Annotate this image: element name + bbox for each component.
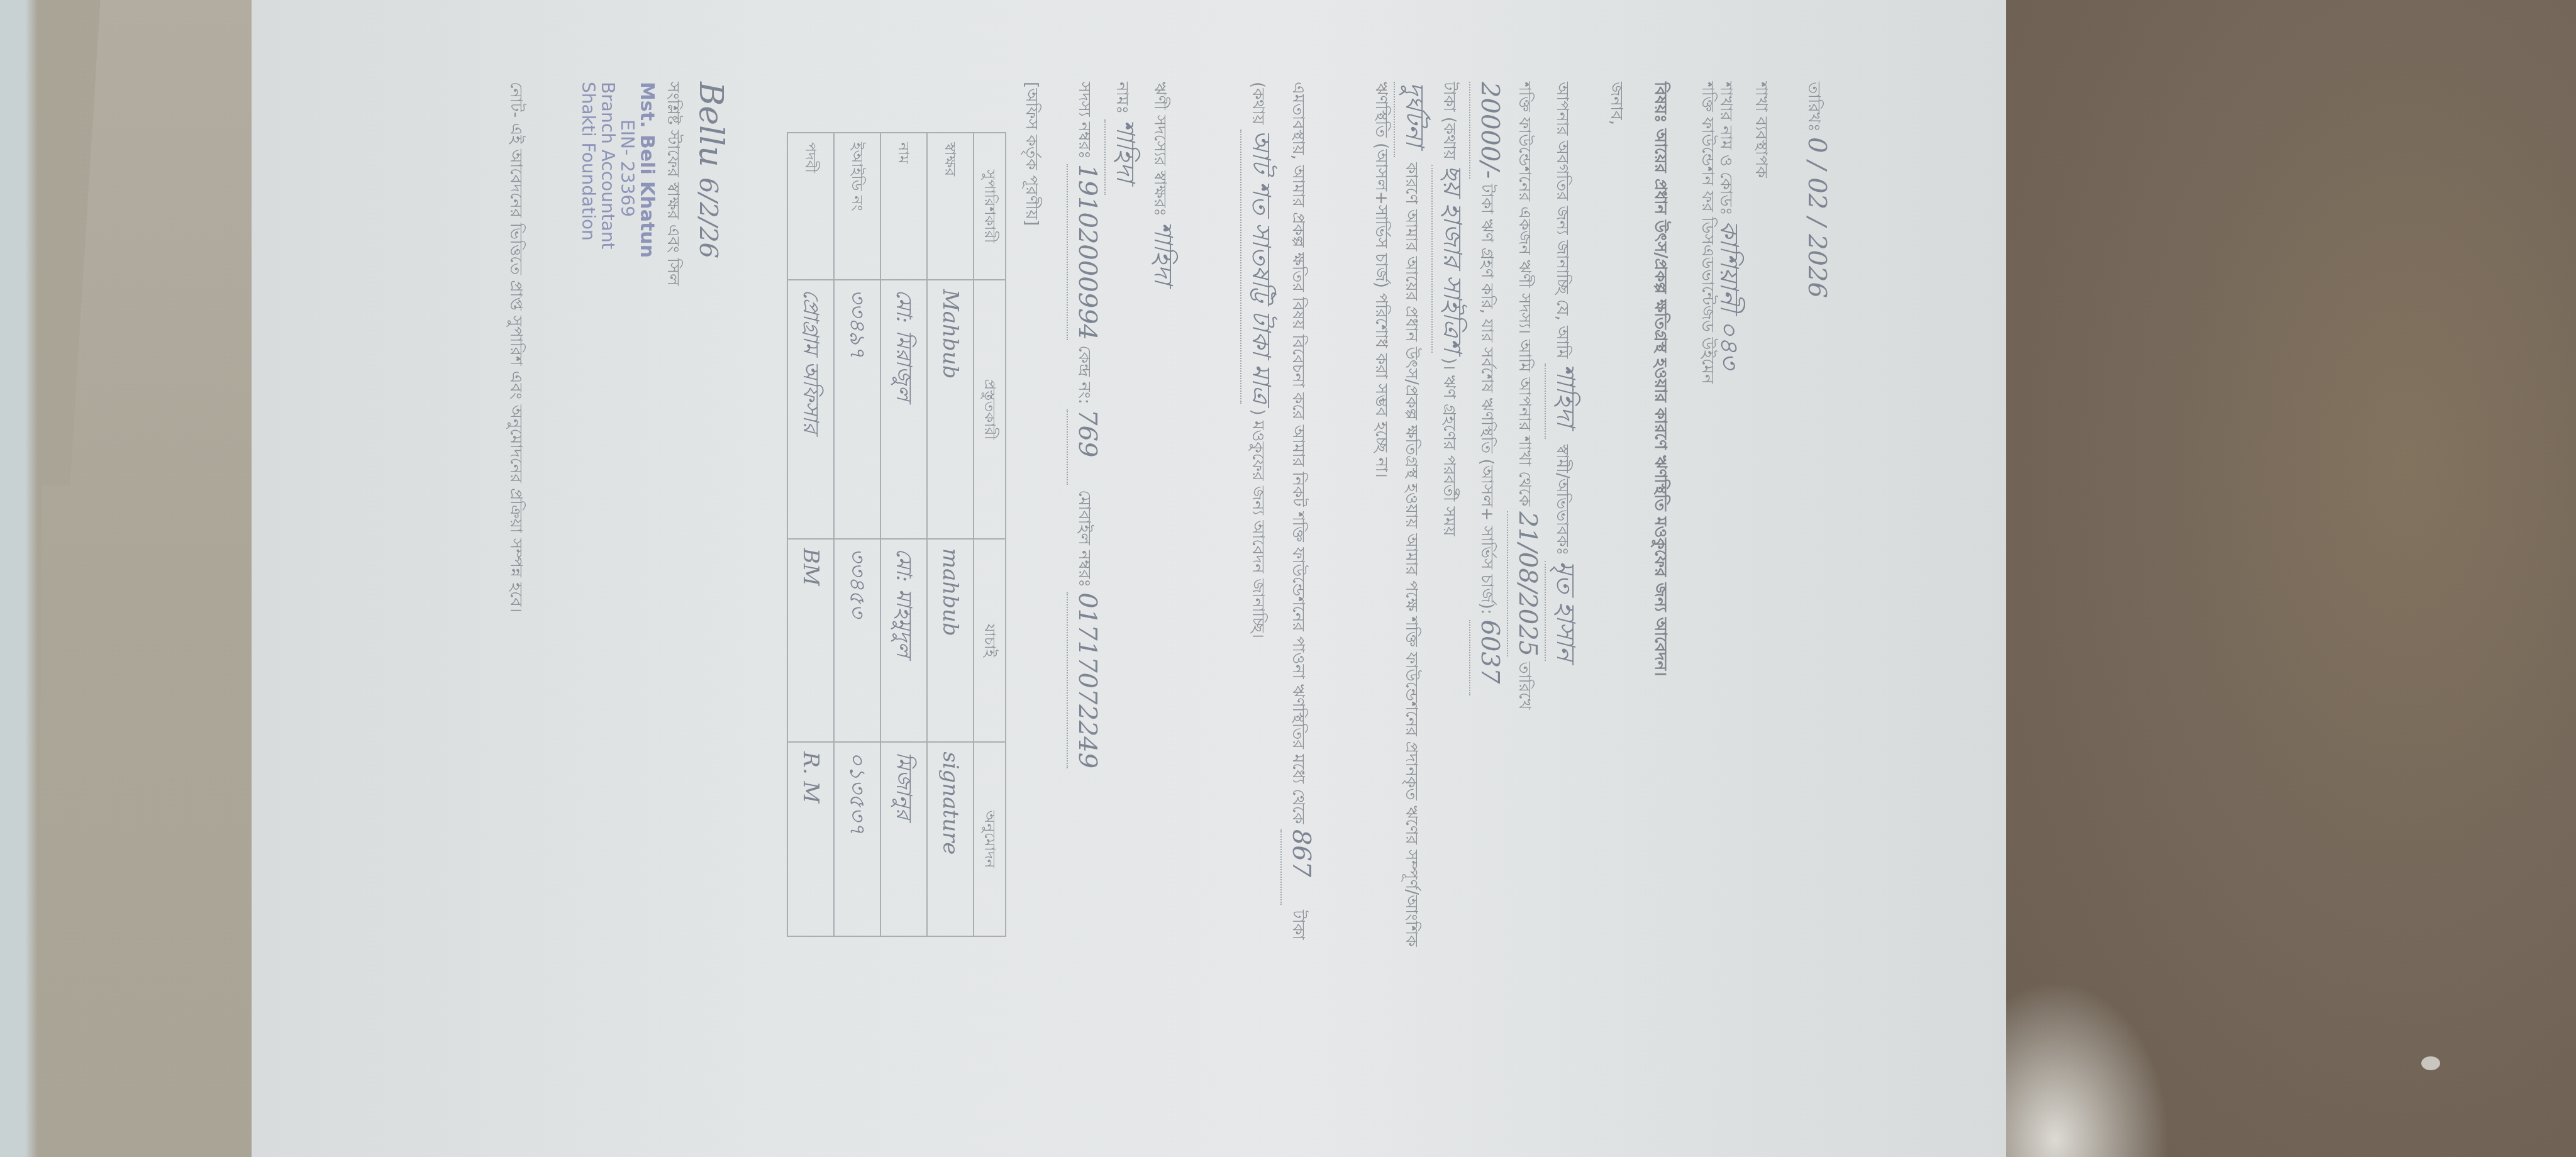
table-cell: মো: মাহমুদুল: [880, 539, 927, 742]
borrower-signature-line: ঋণী সদস্যের স্বাক্ষরঃ শাহিদা: [1143, 82, 1182, 285]
table-row: পদবী প্রোগ্রাম অফিসার BM R. M: [787, 133, 834, 936]
table-row: ইআইডি নং ৩৩৪৯৭ ৩৩৪৫৩ ০১৩৫৩৭: [834, 133, 880, 936]
stamp-name: Mst. Beli Khatun: [636, 82, 657, 258]
table-header: অনুমোদন: [974, 742, 1006, 936]
mobile-label: মোবাইল নম্বরঃ: [1075, 490, 1094, 587]
footer-note: নোট- এই আবেদনের ভিত্তিতে প্রাপ্ত সুপারিশ…: [503, 82, 528, 612]
stamp-ein: EIN- 23369: [617, 82, 636, 258]
center-no-value: 769: [1067, 409, 1107, 485]
borrower-name-label: নামঃ: [1113, 82, 1131, 114]
stamp-title: Branch Accountant: [597, 82, 617, 258]
balance-words-field: ছয় হাজার সাইত্রিশ: [1431, 165, 1472, 353]
row-label: স্বাক্ষর: [927, 133, 974, 280]
borrower-ids-line: সদস্য নম্বরঃ 19102000994 কেন্দ্র নং: 769…: [1067, 82, 1107, 768]
verification-table: সুপারিশকারী প্রস্তুতকারী যাচাই অনুমোদন স…: [787, 132, 1006, 937]
loan-amount-field: 20000/-: [1469, 82, 1509, 179]
staff-signature-date: 6/2/26: [694, 177, 723, 258]
date-label: তারিখঃ: [1804, 82, 1823, 132]
table-cell: Mahbub: [927, 280, 974, 539]
stamp-org: Shakti Foundation: [579, 82, 598, 258]
staff-signature-caption: সংশ্লিষ্ট স্টাফের স্বাক্ষর এবং সিল: [660, 82, 686, 285]
table-header: যাচাই: [974, 539, 1006, 742]
table-header-row: সুপারিশকারী প্রস্তুতকারী যাচাই অনুমোদন: [974, 133, 1006, 936]
staff-signature-text: Bellu: [692, 82, 730, 167]
mobile-value: 01717072249: [1067, 592, 1107, 768]
center-no-label: কেন্দ্র নং:: [1075, 345, 1094, 404]
para2: এমতাবস্থায়, আমার প্রকল্প ক্ষতির বিষয় ব…: [1240, 82, 1321, 987]
balance-field: 6037: [1469, 620, 1509, 695]
para1-line2: শক্তি ফাউন্ডেশনের একজন ঋণী সদস্য। আমি আপ…: [1507, 82, 1547, 710]
table-header: সুপারিশকারী: [974, 133, 1006, 280]
guardian-name-field: মৃত হাসান: [1545, 561, 1585, 661]
applicant-name-field: শাহিদা: [1545, 363, 1585, 439]
table-cell: প্রোগ্রাম অফিসার: [787, 280, 834, 539]
borrower-signature-label: ঋণী সদস্যের স্বাক্ষরঃ: [1150, 82, 1169, 216]
table-cell: R. M: [787, 742, 834, 936]
salutation: জনাব,: [1604, 82, 1629, 125]
date-line: তারিখঃ 0 / 02 / 2026: [1797, 82, 1836, 298]
para1-line4: টাকা (কথায় ছয় হাজার সাইত্রিশ )। ঋণ গ্র…: [1431, 82, 1472, 536]
table-cell: ৩৩৪৫৩: [834, 539, 880, 742]
addressee-line-3: শক্তি ফাউন্ডেশন ফর ডিসএডভান্টেজড উইমেন: [1695, 82, 1720, 384]
table-row: স্বাক্ষর Mahbub mahbub signature: [927, 133, 974, 936]
table-cell: মো: মিরাজুল: [880, 280, 927, 539]
application-form: তারিখঃ 0 / 02 / 2026 শাখা ব্যবস্থাপক শাখ…: [289, 82, 1862, 1063]
para1-guardian-label: স্বামী/অভিভাবকঃ: [1553, 445, 1572, 556]
borrower-signature: শাহিদা: [1148, 221, 1177, 284]
loan-date-field: 21/08/2025: [1507, 511, 1547, 656]
table-header: প্রস্তুতকারী: [974, 280, 1006, 539]
date-value: 0 / 02 / 2026: [1802, 137, 1831, 298]
waiver-words-field: আট শত সাতষট্টি টাকা মাত্র: [1240, 130, 1280, 404]
row-label: নাম: [880, 133, 927, 280]
reason-field: দুর্ঘটনা: [1394, 82, 1434, 157]
table-cell: BM: [787, 539, 834, 742]
addressee-line-1: শাখা ব্যবস্থাপক: [1748, 82, 1774, 178]
borrower-name-value: শাহিদা: [1104, 119, 1145, 195]
member-no-value: 19102000994: [1067, 164, 1107, 340]
subject-line: বিষয়ঃ আয়ের প্রধান উৎস/প্রকল্প ক্ষতিগ্র…: [1648, 82, 1673, 677]
official-stamp: Mst. Beli Khatun EIN- 23369 Branch Accou…: [579, 82, 657, 258]
table-cell: ০১৩৫৩৭: [834, 742, 880, 936]
table-cell: মিজানুর: [880, 742, 927, 936]
table-cell: signature: [927, 742, 974, 936]
staff-signature: Bellu 6/2/26: [685, 82, 736, 258]
para2-text-c: ) মওকুফের জন্য আবেদন জানাচ্ছি।: [1248, 409, 1267, 639]
dust-speck: [2421, 1056, 2440, 1070]
para1-line3: 20000/- টাকা ঋণ গ্রহণ করি, যার সর্বশেষ ঋ…: [1469, 82, 1509, 695]
row-label: ইআইডি নং: [834, 133, 880, 280]
para1-text-f: )। ঋণ গ্রহণের পরবর্তী সময়: [1440, 358, 1458, 536]
row-label: পদবী: [787, 133, 834, 280]
para2-text-a: এমতাবস্থায়, আমার প্রকল্প ক্ষতির বিষয় ব…: [1289, 82, 1307, 824]
waiver-amount-field: 867: [1280, 829, 1321, 905]
para1-line5: দুর্ঘটনা কারণে আমার আয়ের প্রধান উৎস/প্র…: [1368, 82, 1434, 987]
light-glare: [2006, 981, 2170, 1157]
para1-intro: আপনার অবগতির জন্য জানাচ্ছি যে, আমি: [1553, 82, 1572, 358]
para1-text-b: শক্তি ফাউন্ডেশনের একজন ঋণী সদস্য। আমি আপ…: [1515, 82, 1534, 506]
office-use-label: [অফিস কর্তৃক পূরণীয়]: [1019, 82, 1044, 226]
desk-background-left: [19, 0, 252, 1157]
para1-text-c: তারিখে: [1515, 662, 1534, 709]
para1-line1: আপনার অবগতির জন্য জানাচ্ছি যে, আমি শাহিদ…: [1545, 82, 1585, 661]
member-no-label: সদস্য নম্বরঃ: [1075, 82, 1094, 159]
table-cell: mahbub: [927, 539, 974, 742]
para1-text-e: টাকা (কথায়: [1440, 82, 1458, 160]
para1-text-d: টাকা ঋণ গ্রহণ করি, যার সর্বশেষ ঋণস্থিতি …: [1477, 184, 1496, 615]
table-row: নাম মো: মিরাজুল মো: মাহমুদুল মিজানুর: [880, 133, 927, 936]
borrower-name-line: নামঃ শাহিদা: [1104, 82, 1145, 195]
para1-text-g: কারণে আমার আয়ের প্রধান উৎস/প্রকল্প ক্ষত…: [1372, 82, 1421, 946]
table-cell: ৩৩৪৯৭: [834, 280, 880, 539]
